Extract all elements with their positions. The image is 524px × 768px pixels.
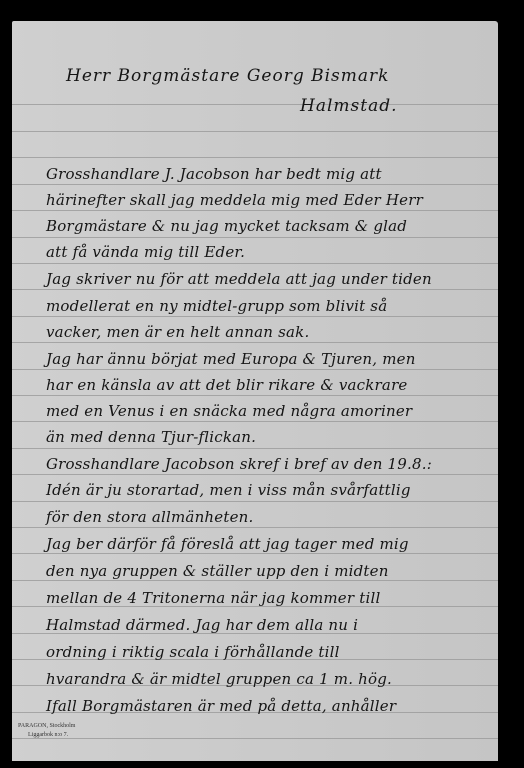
ruled-line (12, 553, 498, 554)
letter-line: ordning i riktig scala i förhållande til… (46, 643, 514, 661)
letter-line: Borgmästare & nu jag mycket tacksam & gl… (46, 217, 514, 235)
ruled-line (12, 421, 498, 422)
ruled-line (12, 448, 498, 449)
letter-line: Grosshandlare Jacobson skref i bref av d… (46, 455, 514, 473)
letter-line: mellan de 4 Tritonerna när jag kommer ti… (46, 589, 514, 607)
imprint-line-2: Liggarbok n:o 7. (18, 731, 75, 740)
letter-line: hvarandra & är midtel gruppen ca 1 m. hö… (46, 670, 514, 688)
letter-line: för den stora allmänheten. (46, 508, 514, 526)
salutation-line-2: Halmstad. (300, 96, 398, 116)
ruled-line (12, 237, 498, 238)
ruled-line (12, 369, 498, 370)
stationery-imprint: PARAGON, Stockholm Liggarbok n:o 7. (18, 722, 75, 740)
letter-line: Jag ber därför få föreslå att jag tager … (46, 535, 514, 553)
ruled-line (12, 316, 498, 317)
ruled-line (12, 131, 498, 132)
letter-line: Jag har ännu börjat med Europa & Tjuren,… (46, 350, 514, 368)
ruled-line (12, 395, 498, 396)
letter-line: med en Venus i en snäcka med några amori… (46, 402, 514, 420)
ruled-line (12, 342, 498, 343)
letter-line: modellerat en ny midtel-grupp som blivit… (46, 297, 514, 315)
ruled-line (12, 184, 498, 185)
imprint-line-1: PARAGON, Stockholm (18, 722, 75, 731)
salutation-line-1: Herr Borgmästare Georg Bismark (66, 66, 389, 86)
ruled-line (12, 157, 498, 158)
ruled-line (12, 738, 498, 739)
ruled-line (12, 263, 498, 264)
letter-line: att få vända mig till Eder. (46, 243, 514, 261)
ruled-line (12, 527, 498, 528)
ruled-line (12, 501, 498, 502)
ruled-line (12, 104, 498, 105)
letter-line: vacker, men är en helt annan sak. (46, 323, 514, 341)
letter-line: Jag skriver nu för att meddela att jag u… (46, 270, 514, 288)
letter-line: Ifall Borgmästaren är med på detta, anhå… (46, 697, 514, 715)
ruled-line (12, 474, 498, 475)
letter-line: Idén är ju storartad, men i viss mån svå… (46, 481, 514, 499)
letter-line: härinefter skall jag meddela mig med Ede… (46, 191, 514, 209)
ruled-line (12, 210, 498, 211)
ruled-line (12, 580, 498, 581)
letter-line: Grosshandlare J. Jacobson har bedt mig a… (46, 165, 514, 183)
letter-line: den nya gruppen & ställer upp den i midt… (46, 562, 514, 580)
ruled-line (12, 289, 498, 290)
letter-line: Halmstad därmed. Jag har dem alla nu i (46, 616, 514, 634)
letter-line: har en känsla av att det blir rikare & v… (46, 376, 514, 394)
letter-line: än med denna Tjur-flickan. (46, 428, 514, 446)
